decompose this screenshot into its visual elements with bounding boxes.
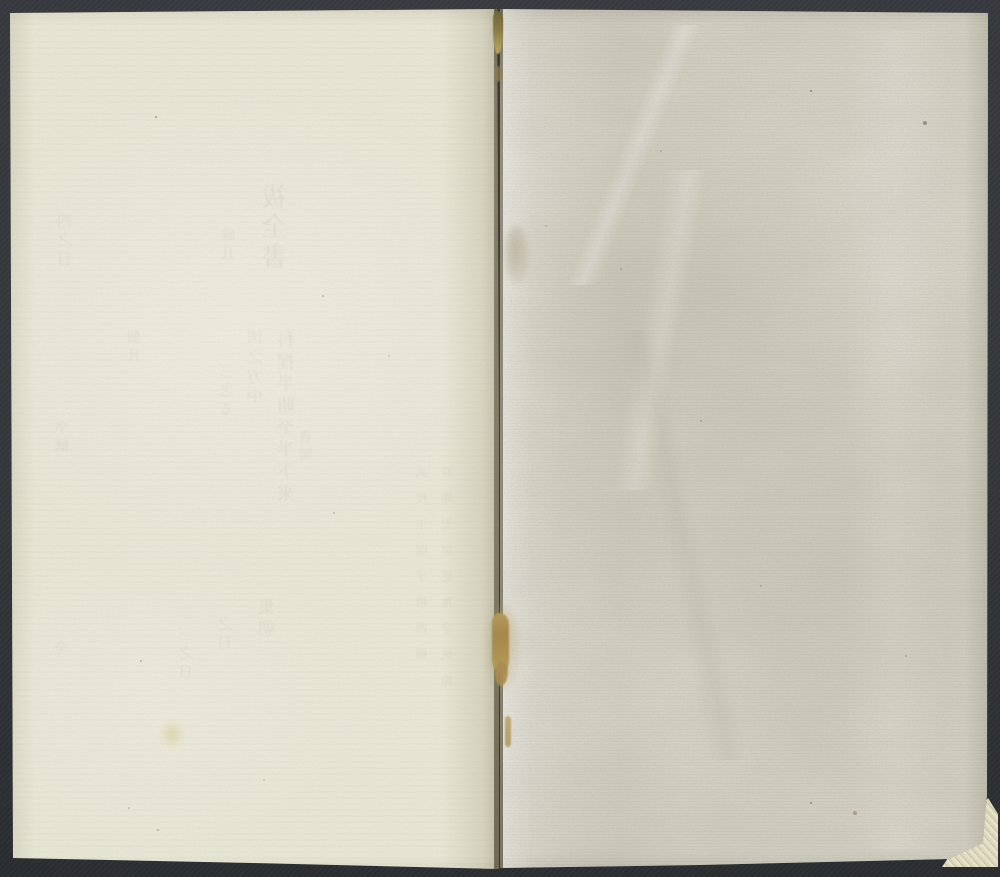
right-page-creases <box>0 0 1000 877</box>
stain-gutter-dot <box>495 66 502 82</box>
paper-grain-right <box>0 0 1000 877</box>
ghost-text-column: 武枝半閙字鎩西榯 <box>416 466 428 674</box>
stain-mid-halo <box>486 604 520 690</box>
stain-gutter-top <box>493 11 503 54</box>
ghost-text-column: 図之方中 <box>248 328 264 408</box>
paper-grain-left <box>0 0 1000 877</box>
ghost-text-column: 個且 <box>128 330 142 366</box>
stain-mid-core <box>492 613 509 673</box>
ghost-text-column: 三之る <box>220 363 235 420</box>
ghost-text-column: 祓全書 <box>264 183 290 273</box>
ghost-text-column: 集朝 <box>261 598 278 640</box>
left-page <box>0 0 1000 877</box>
ghost-text-column: 字賦 <box>56 420 70 456</box>
stain-left-smudge <box>160 720 184 748</box>
stain-mid-lobe <box>495 662 508 686</box>
stain-lower-streak <box>505 716 511 747</box>
ghost-text-column: 昧且 <box>222 228 236 264</box>
left-page-shading <box>0 0 1000 877</box>
book-scan: 祓全書 昧且 四之目 個且 図之方中 科捏半賄至半下來 三之る 貴閣 字賦 集朝… <box>0 0 1000 877</box>
ghost-text-column: 异賜至世慾推字統由 <box>441 466 453 700</box>
right-page <box>0 0 1000 877</box>
gutter-fold <box>0 0 1000 877</box>
bleed-through-text: 祓全書 昧且 四之目 個且 図之方中 科捏半賄至半下來 三之る 貴閣 字賦 集朝… <box>0 0 1000 877</box>
fore-edge-pages <box>0 0 1000 877</box>
ghost-text-column: 三之日 <box>179 626 194 683</box>
ghost-text-column: 四之目 <box>58 213 73 270</box>
stain-upper-blotch <box>504 226 529 284</box>
ghost-text-column: 之日 <box>218 616 233 654</box>
paper-specks <box>0 0 2 2</box>
ghost-text-column: 貴閣 <box>301 430 314 464</box>
ghost-text-column: 全 <box>55 640 70 659</box>
ghost-text-column: 科捏半賄至半下來 <box>279 330 297 506</box>
